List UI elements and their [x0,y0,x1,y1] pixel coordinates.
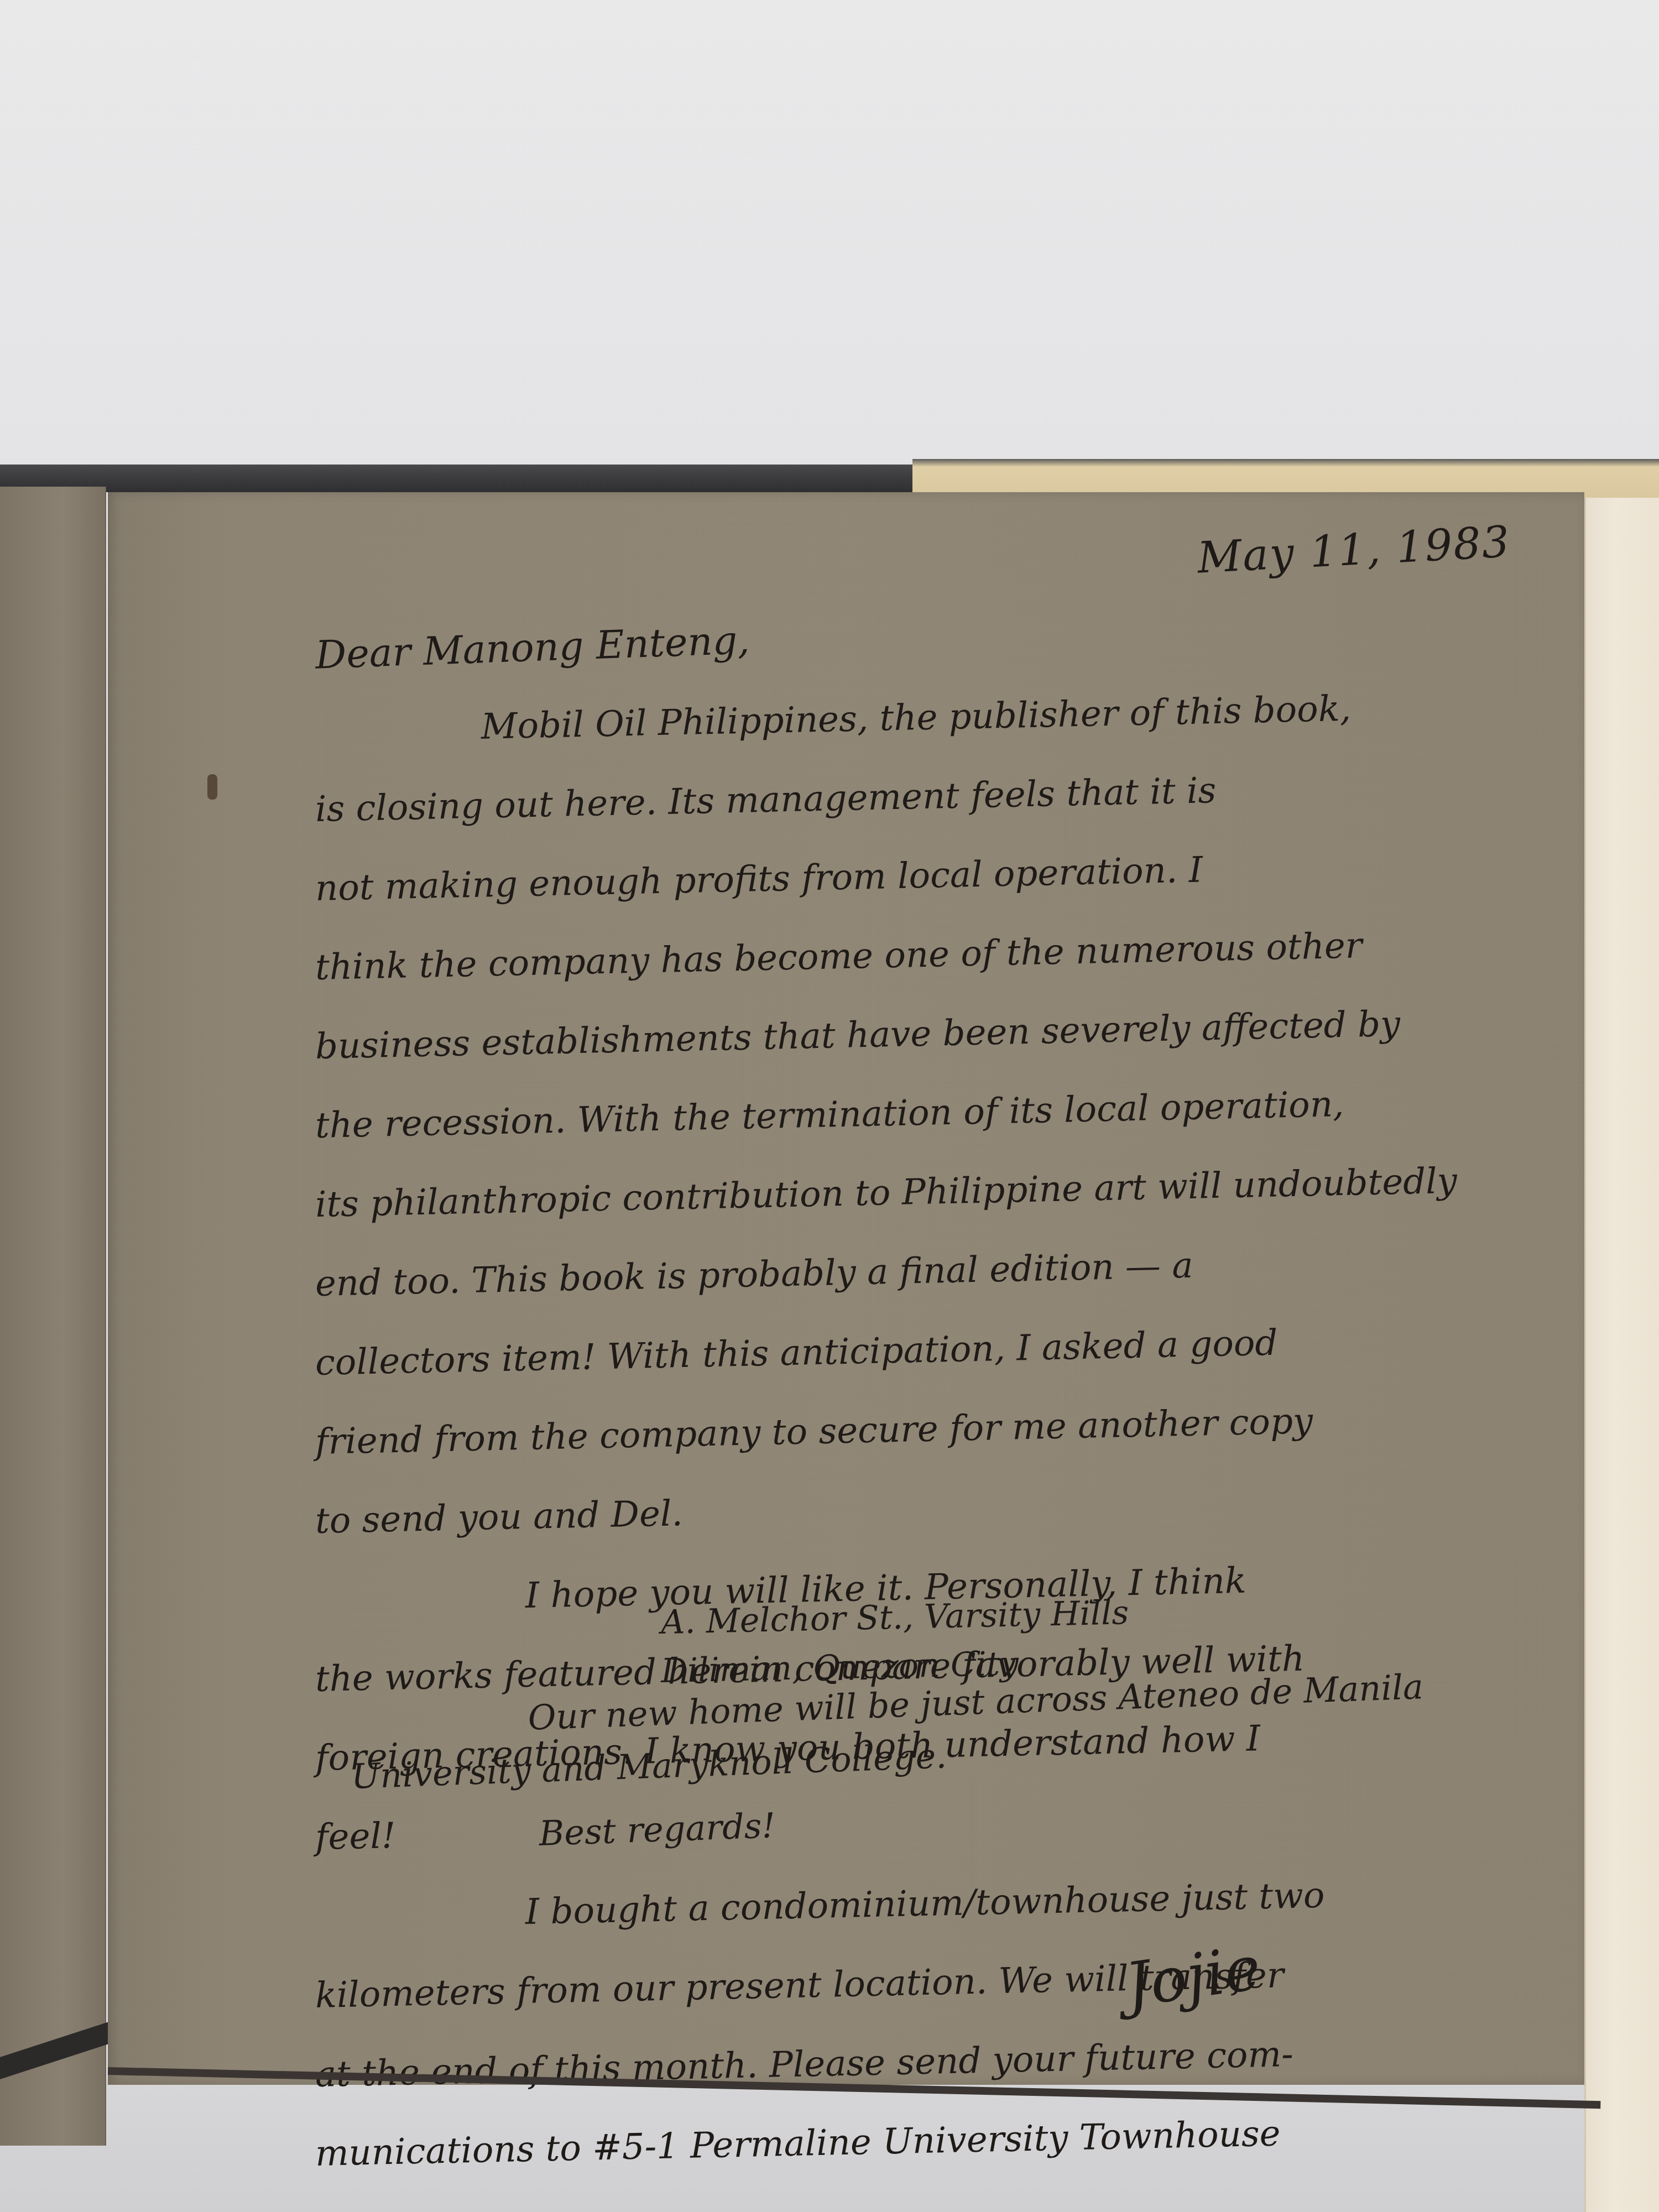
handwritten-letter: May 11, 1983 Dear Manong Enteng, Mobil O… [108,492,1584,2085]
left-endpaper [0,487,106,2146]
salutation: Dear Manong Enteng, [315,617,750,677]
letter-body: Mobil Oil Philippines, the publisher of … [315,691,1598,2194]
book-spine-binding [0,465,912,492]
letter-date: May 11, 1983 [1196,517,1512,583]
letter-page: May 11, 1983 Dear Manong Enteng, Mobil O… [108,492,1584,2085]
